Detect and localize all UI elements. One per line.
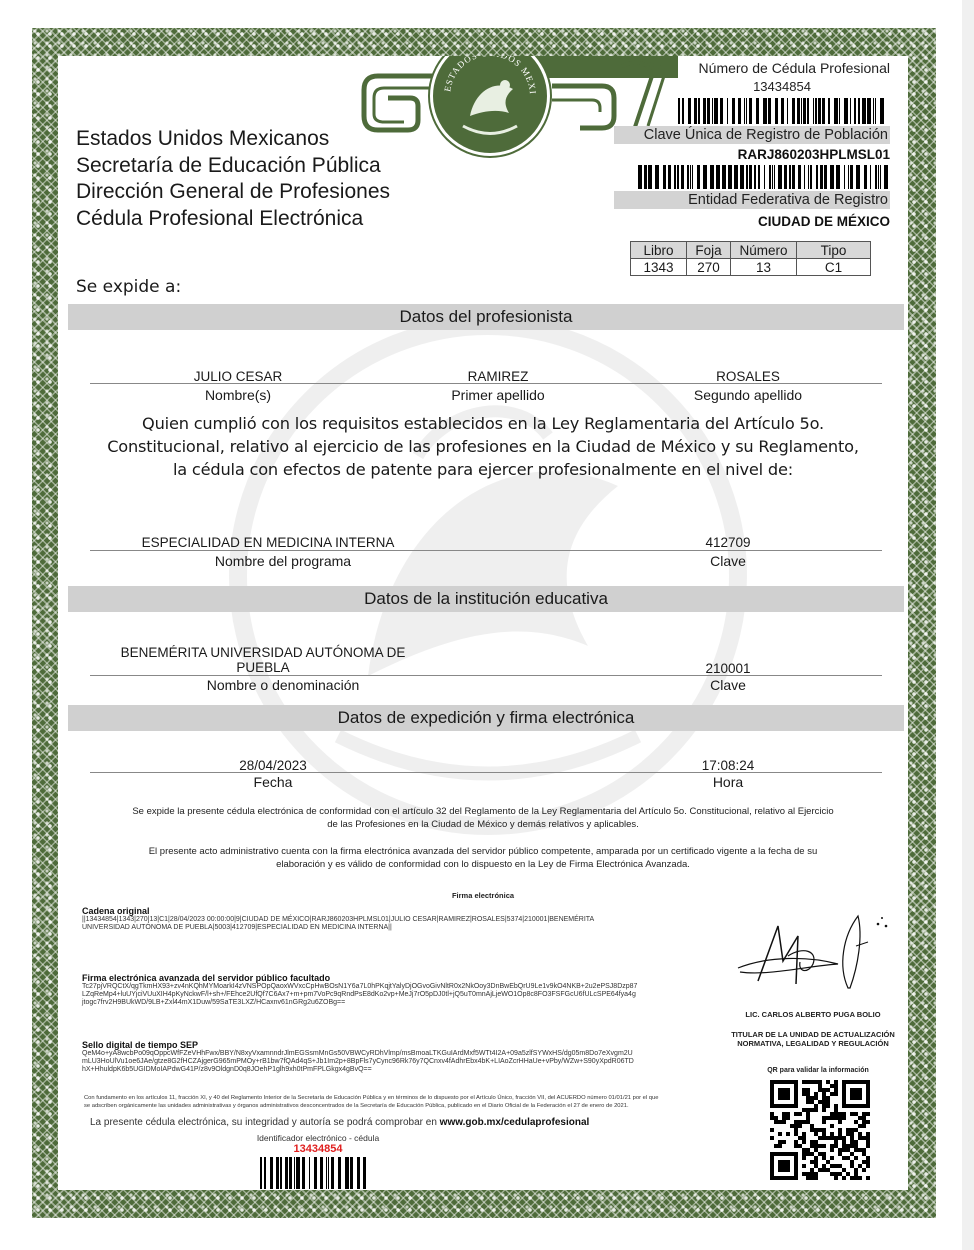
sello-title: Sello digital de tiempo SEP bbox=[82, 1040, 702, 1050]
svg-text:ESTADOS UNIDOS MEXICANOS: ESTADOS UNIDOS MEXICANOS bbox=[435, 56, 538, 95]
title-line-direction: Dirección General de Profesiones bbox=[76, 179, 390, 206]
section-institucion: Datos de la institución educativa bbox=[68, 586, 904, 612]
name-underline bbox=[90, 383, 882, 384]
electronic-id-label: Identificador electrónico - cédula bbox=[248, 1133, 388, 1143]
handwritten-signature bbox=[728, 906, 898, 996]
header-foja: Foja bbox=[687, 242, 731, 259]
statement-line-3: la cédula con efectos de patente para ej… bbox=[58, 458, 908, 481]
issue-date: 28/04/2023 bbox=[208, 758, 338, 773]
program-key-label: Clave bbox=[678, 553, 778, 569]
eagle-emblem-icon: ESTADOS UNIDOS MEXICANOS bbox=[435, 56, 545, 151]
verification-note: La presente cédula electrónica, su integ… bbox=[90, 1117, 890, 1128]
sello-line-2: mLU3HoUlVu1oe6JAe/gtze8G2fHCZAjgerG965mP… bbox=[82, 1058, 702, 1066]
title-line-country: Estados Unidos Mexicanos bbox=[76, 126, 390, 153]
issue-time-label: Hora bbox=[678, 774, 778, 790]
sello-line-3: hX+HhuldpK6b5UGIDMoIAPdwG41P/z8v9OldgnD0… bbox=[82, 1066, 702, 1074]
header-numero: Número bbox=[731, 242, 797, 259]
sello-digital: Sello digital de tiempo SEP QeM4o+yA8wcb… bbox=[82, 1040, 702, 1075]
first-name-label: Nombre(s) bbox=[158, 387, 318, 403]
legal-statement: Quien cumplió con los requisitos estable… bbox=[58, 412, 908, 481]
national-seal: ESTADOS UNIDOS MEXICANOS bbox=[430, 56, 550, 156]
legal-paragraph-2: El presente acto administrativo cuenta c… bbox=[78, 846, 888, 871]
cedula-number-label: Número de Cédula Profesional bbox=[614, 60, 890, 76]
legal-paragraph-2-line-2: elaboración y es válido de conformidad c… bbox=[78, 859, 888, 872]
institution-name-line-1: BENEMÉRITA UNIVERSIDAD AUTÓNOMA DE bbox=[108, 645, 418, 660]
institution-name-label: Nombre o denominación bbox=[168, 677, 398, 693]
servidor-line-3: jtogc7frv2H9BUkWD/9LB+Zxl44mX1Duw/59SaTE… bbox=[82, 999, 702, 1007]
certificate-body: ESTADOS UNIDOS MEXICANOS Estados Unidos … bbox=[58, 56, 908, 1190]
legal-paragraph-1-line-1: Se expide la presente cédula electrónica… bbox=[78, 806, 888, 819]
issued-to-label: Se expide a: bbox=[76, 277, 181, 297]
second-surname: ROSALES bbox=[668, 369, 828, 384]
section-profesionista: Datos del profesionista bbox=[68, 304, 904, 330]
statement-line-1: Quien cumplió con los requisitos estable… bbox=[58, 412, 908, 435]
fundamento-line-1: Con fundamento en los artículos 11, frac… bbox=[84, 1095, 904, 1103]
issue-underline bbox=[90, 772, 882, 773]
registry-table: Libro Foja Número Tipo 1343 270 13 C1 bbox=[630, 241, 871, 276]
legal-paragraph-2-line-1: El presente acto administrativo cuenta c… bbox=[78, 846, 888, 859]
issuer-title: Estados Unidos Mexicanos Secretaría de E… bbox=[76, 126, 390, 232]
institution-key-label: Clave bbox=[678, 677, 778, 693]
institution-name-line-2: PUEBLA bbox=[108, 660, 418, 675]
entidad-label: Entidad Federativa de Registro bbox=[614, 191, 890, 209]
first-surname: RAMIREZ bbox=[418, 369, 578, 384]
verification-text: La presente cédula electrónica, su integ… bbox=[90, 1117, 440, 1128]
servidor-line-2: LZqReMp4+luUYjciVUuXIH4pKyNckwF/l+sh+/FE… bbox=[82, 991, 702, 999]
sello-line-1: QeM4o+yA8wcbPo09qOppcWfFZeVHhFwx/BBY/N8x… bbox=[82, 1050, 702, 1058]
legal-paragraph-1: Se expide la presente cédula electrónica… bbox=[78, 806, 888, 831]
servidor-title: Firma electrónica avanzada del servidor … bbox=[82, 973, 702, 983]
electronic-id-barcode bbox=[260, 1157, 368, 1189]
institution-key: 210001 bbox=[678, 661, 778, 676]
header-libro: Libro bbox=[631, 242, 687, 259]
verification-link[interactable]: www.gob.mx/cedulaprofesional bbox=[440, 1117, 590, 1128]
qr-label: QR para validar la información bbox=[728, 1067, 908, 1074]
value-tipo: C1 bbox=[797, 259, 871, 276]
first-name: JULIO CESAR bbox=[158, 369, 318, 384]
signer-title-line-2: NORMATIVA, LEGALIDAD Y REGULACIÓN bbox=[713, 1039, 908, 1048]
institution-underline bbox=[90, 675, 882, 676]
program-name-label: Nombre del programa bbox=[178, 553, 388, 569]
statement-line-2: Constitucional, relativo al ejercicio de… bbox=[58, 435, 908, 458]
section-expedicion: Datos de expedición y firma electrónica bbox=[68, 705, 904, 731]
program-name: ESPECIALIDAD EN MEDICINA INTERNA bbox=[128, 535, 408, 550]
value-numero: 13 bbox=[731, 259, 797, 276]
firma-title: Firma electrónica bbox=[358, 891, 608, 900]
title-line-secretary: Secretaría de Educación Pública bbox=[76, 153, 390, 180]
cadena-original: Cadena original ||13434854|1343|270|13|C… bbox=[82, 906, 702, 932]
servidor-line-1: Tc27pjVRQCtX/qgTkmHX93+zv4nKQhMYMoarkI4z… bbox=[82, 983, 702, 991]
header-tipo: Tipo bbox=[797, 242, 871, 259]
electronic-id-value: 13434854 bbox=[248, 1143, 388, 1155]
value-libro: 1343 bbox=[631, 259, 687, 276]
registry-block: Número de Cédula Profesional 13434854 Cl… bbox=[614, 56, 890, 232]
issue-date-label: Fecha bbox=[208, 774, 338, 790]
fundamento-line-2: se adscriben orgánicamente las unidades … bbox=[84, 1103, 904, 1111]
program-underline bbox=[90, 550, 882, 551]
cedula-barcode bbox=[678, 98, 886, 124]
legal-paragraph-1-line-2: de las Profesiones en la Ciudad de Méxic… bbox=[78, 819, 888, 832]
value-foja: 270 bbox=[687, 259, 731, 276]
entidad-value: CIUDAD DE MÉXICO bbox=[614, 209, 890, 232]
page-gutter bbox=[962, 0, 974, 1250]
institution-name: BENEMÉRITA UNIVERSIDAD AUTÓNOMA DE PUEBL… bbox=[108, 645, 418, 675]
curp-label: Clave Única de Registro de Población bbox=[614, 126, 890, 144]
title-line-document: Cédula Profesional Electrónica bbox=[76, 206, 390, 233]
curp-barcode bbox=[638, 165, 888, 189]
issue-time: 17:08:24 bbox=[678, 758, 778, 773]
signer-name: LIC. CARLOS ALBERTO PUGA BOLIO bbox=[718, 1010, 908, 1019]
signer-title: TITULAR DE LA UNIDAD DE ACTUALIZACIÓN NO… bbox=[713, 1030, 908, 1048]
curp-value: RARJ860203HPLMSL01 bbox=[614, 144, 890, 165]
cedula-number: 13434854 bbox=[614, 79, 890, 94]
fundamento-text: Con fundamento en los artículos 11, frac… bbox=[84, 1095, 904, 1110]
cadena-title: Cadena original bbox=[82, 906, 702, 916]
second-surname-label: Segundo apellido bbox=[668, 387, 828, 403]
cadena-line-1: ||13434854|1343|270|13|C1|28/04/2023 00:… bbox=[82, 916, 702, 924]
program-key: 412709 bbox=[678, 535, 778, 550]
first-surname-label: Primer apellido bbox=[418, 387, 578, 403]
signer-title-line-1: TITULAR DE LA UNIDAD DE ACTUALIZACIÓN bbox=[713, 1030, 908, 1039]
cadena-line-2: UNIVERSIDAD AUTÓNOMA DE PUEBLA|5003|4127… bbox=[82, 924, 702, 932]
servidor-signature: Firma electrónica avanzada del servidor … bbox=[82, 973, 702, 1008]
